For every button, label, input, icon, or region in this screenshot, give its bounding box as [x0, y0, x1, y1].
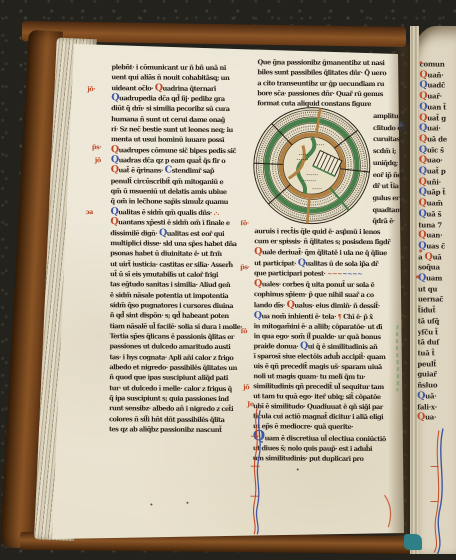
specks: [2, 0, 456, 2]
text-segment: uam ē discretiua ul̃ electiua coniūctiō: [265, 434, 386, 443]
text-segment: uan t̃: [427, 102, 446, 111]
illuminated-initial: Q: [254, 278, 262, 289]
text-segment: psonas habet ū diuinitate ē· ut frm̃: [110, 249, 221, 258]
text-line: biles sunt passibiles q̃litates dñr· Q̃ …: [257, 68, 403, 79]
text-segment: comun: [419, 59, 444, 68]
text-line: a Quã: [418, 252, 454, 263]
gutter-edge-marks: [376, 317, 412, 547]
text-line: clitudo er: [373, 123, 405, 135]
text-segment: uent qui aliãs ñ nouit cohabitãsq; un: [111, 74, 229, 83]
text-segment: Chī ē· p̃ x̃: [343, 312, 373, 320]
text-segment: tuna 7: [418, 220, 442, 229]
illuminated-initial: Q: [419, 165, 427, 176]
text-segment: albedo et nigredo· passibilēs q̃litates …: [109, 363, 237, 372]
text-line: guiar̃: [417, 370, 453, 381]
text-segment: eor̄ ip̃ ñe·: [373, 171, 403, 179]
text-line: runt sensibz· albedo añ i nigredo z cet̃…: [109, 404, 243, 415]
text-segment: in mitogam̃ini ē· a aliib; cōparatōe· ut…: [254, 322, 383, 331]
text-segment: multiplici disse· sld una sp̃es habet dñ…: [110, 239, 236, 248]
illuminated-initial: Q: [254, 310, 262, 321]
text-segment: ticula cui actiō magnat̃ dicitur i aliā …: [253, 412, 383, 421]
text-segment: q̃ om̃ in lec̃hone sap̃is simul̃z quamu: [111, 198, 229, 207]
text-line: gulus er: [373, 193, 405, 205]
illuminated-initial: Q: [111, 92, 119, 103]
text-layer: plebñt· i cōmunicant ur ñ bñ unã niuent …: [0, 0, 456, 560]
text-segment: ē sidm̃ nãsale potentia ut impotentia: [110, 291, 228, 300]
illuminated-initial: Q: [419, 90, 427, 101]
text-segment: yſc̃u t̃: [418, 327, 438, 336]
text-segment: uai·: [427, 124, 441, 133]
left-text-column: plebñt· i cōmunicant ur ñ bñ unã niuent …: [109, 62, 246, 435]
text-segment: ut̃ ū sī eis ymutabilīs ut calor̃ frigi: [110, 270, 218, 279]
right-text-column-beside-diagram: amplituclitudo ercuruitasscdm̃ i;uniq̃dq…: [372, 111, 405, 228]
text-segment: ut uirt̃ iusticia· castitas er silīa· As…: [110, 260, 233, 269]
text-line: uniq̃dq;: [373, 158, 405, 170]
margin-annotation: p̄s·: [240, 263, 250, 271]
text-segment: uis ē qñ precedit̃ magis us̃· sparam uiu…: [253, 363, 381, 372]
text-line: lando dīs· Qualus· eius dimin̄· ñ dessit…: [254, 300, 404, 312]
text-segment: tã uſq̃: [418, 316, 439, 325]
text-segment: tiam nãsalē ul̃ facilē· solia sī dura i …: [110, 322, 243, 331]
margin-annotation: jō: [95, 156, 101, 164]
text-line: ñ qd̃ sint dispõn· s; qd̃ habeant poten: [110, 310, 244, 321]
text-segment: cum er spissis· ñ q̃litates s; posisdem …: [254, 237, 390, 246]
text-segment: auruis i rect̃is q̃le quid ē· asp̃mū i l…: [254, 227, 380, 236]
text-segment: uam: [426, 273, 442, 282]
text-segment: passiones ut dulcedo amaritudo austi: [110, 342, 231, 351]
text-segment: sidm̃ q̃so pugnatores i cursores diuina: [110, 301, 233, 310]
text-segment: ñ qd̃ sint dispõn· s; qd̃ habeant poten: [110, 311, 229, 320]
margin-annotation: jō: [243, 383, 249, 391]
text-line: Quã·: [417, 391, 453, 402]
text-segment: uao·: [427, 156, 443, 165]
text-segment: guiar̃: [417, 370, 436, 379]
text-segment: cophinus sp̃iem· p̃ que nihil suar̃ a co: [254, 290, 374, 299]
text-line: eor̄ ip̃ ñe·: [373, 170, 405, 182]
illuminated-initial: Q: [111, 165, 119, 176]
ink-speck: [186, 502, 188, 504]
illuminated-initial: Q: [419, 187, 427, 198]
right-text-column-top: Que ḡna passionibz ḡmanentibz ut nasibil…: [257, 57, 403, 110]
text-line: uent qui aliãs ñ nouit cohabitãsq; un: [111, 73, 245, 84]
text-segment: uā s̃: [426, 209, 441, 218]
text-line: Quā s̃: [418, 209, 454, 220]
illuminated-initial: Q: [110, 216, 118, 227]
text-segment: ui q̃ ē similitudinis añ: [308, 343, 378, 351]
illuminated-initial: Q: [419, 197, 427, 208]
margin-annotation: jō·: [87, 85, 95, 93]
text-segment: uernac̃: [418, 295, 443, 304]
text-line: scdm̃ i;: [373, 146, 405, 158]
pen-flourish-facing: [424, 426, 451, 556]
illuminated-initial: Q: [418, 230, 426, 241]
text-segment: tes qz ab aliq̃bz passionibz nascunt̃: [109, 425, 222, 434]
text-segment: tã duſ: [418, 338, 439, 347]
text-line: yſc̃u t̃: [418, 327, 454, 338]
text-line: Quat̃ ē q̃rinans· Cstendimr̃ sap̃: [111, 166, 245, 177]
text-segment: peult̃: [417, 359, 436, 368]
text-segment: Que ḡna passionibz ḡmanentibz ut nasi: [257, 58, 384, 67]
text-line: tuã t̃: [417, 348, 453, 359]
text-segment: ut diues s̃; nolo quis paup̃· est i adub…: [253, 444, 372, 453]
text-line: dissimilē dign̄· Qualitas est eor̄ qui: [110, 228, 244, 239]
text-segment: uañ·: [427, 70, 443, 79]
text-segment: uat̃ ē q̃rinans·: [119, 167, 165, 175]
text-segment: soq̃ua: [418, 263, 440, 272]
ink-speck: [150, 503, 152, 505]
illuminated-initial: Q: [254, 246, 262, 257]
text-segment: ī sparosī siue electōis adub̃ accipit̃· …: [253, 353, 385, 362]
text-segment: clitudo er: [373, 124, 404, 132]
text-segment: praide donua·: [254, 343, 300, 351]
text-line: passiones ut dulcedo amaritudo austi: [109, 341, 243, 352]
text-line: Quantans xp̃esti ē sidm̃ om̃ ī finale e: [110, 217, 244, 228]
text-segment: uale deriuat̃· q̃m q̃litatē i ula ne q̃ …: [262, 248, 387, 257]
text-segment: .·.: [214, 209, 219, 217]
illuminated-initial: C: [165, 165, 172, 176]
text-segment: uñi·: [427, 177, 441, 186]
text-line: Quale deriuat̃· q̃m q̃litatē i ula ne q̃…: [254, 247, 404, 259]
text-segment: stendimr̃ sap̃: [172, 167, 214, 175]
bookmark-spot: [404, 534, 422, 550]
text-line: diūt q̃ dm̃· si similia pecoribz sū cura: [111, 104, 245, 115]
text-segment: colores ñ sil̃i hñt dñt passibilēs q̃lit…: [109, 415, 224, 424]
text-segment: humana ñ sunt ut cerui dame onag̃: [111, 115, 225, 124]
illuminated-initial: Q: [417, 412, 425, 423]
text-line: uernac̃: [418, 295, 454, 306]
text-segment: lando dīs·: [254, 301, 287, 309]
illuminated-initial: Q: [417, 390, 425, 401]
text-line: q̃drã ē·: [372, 216, 404, 228]
text-segment: diūt q̃ dm̃· si similia pecoribz sū cura: [111, 105, 229, 114]
text-segment: uat̃ g: [427, 113, 446, 122]
text-segment: dissimilē dign̄·: [110, 229, 159, 237]
text-segment: t̃idut̃: [418, 305, 436, 314]
text-segment: gulus er: [373, 194, 399, 202]
text-segment: plebñt· i cōmunicant ur ñ bñ unã ni: [111, 63, 225, 72]
text-segment: que participari potest·: [254, 269, 327, 278]
text-segment: biles sunt passibiles q̃litates dñr· Q̃ …: [257, 69, 386, 78]
margin-annotation: p̄s·: [92, 143, 102, 151]
text-segment: uadrupes cōmune sic̃ bipes pedis sic̃: [119, 146, 236, 155]
text-segment: uniq̃dq;: [373, 159, 398, 167]
text-segment: quadtam: [372, 206, 401, 214]
text-line: quadtam: [372, 205, 404, 217]
text-segment: ualitas ū de sola ip̃a dr̃: [305, 259, 378, 268]
text-segment: tur· ut dulcedo ī melle· calor z frigus …: [109, 384, 232, 393]
text-segment: uadrupedia dc̃a qd̃ iīj· pedibz gra: [119, 94, 225, 103]
text-segment: qm̃ ū msueniū ut delatis amis ubiue: [111, 187, 227, 196]
margin-annotations: jō·p̄s·jōɔaſō·p̄s·ſōjōJo: [2, 0, 456, 2]
pen-flourish-main: [246, 406, 269, 536]
text-line: ut uirt̃ iusticia· castitas er silīa· As…: [110, 259, 244, 270]
text-segment: ua nom̃ inhienti ē· tela·: [262, 312, 338, 321]
text-segment: ualitas est eor̄ qui: [167, 229, 224, 237]
text-segment: Tertia sp̃es q̃licans ē passionis q̃lita…: [110, 332, 234, 341]
text-segment: ut participat·: [254, 259, 298, 267]
text-segment: tuã t̃: [417, 348, 434, 357]
text-segment: a cito transeuntibz ur ḡp uecundiam ru: [257, 79, 384, 88]
red-edge-speck: [416, 275, 419, 278]
illuminated-initial: Q: [419, 101, 427, 112]
text-segment: tas· i hys cognata· Apli añi calor z fri…: [109, 353, 233, 362]
rota-diagram: [250, 104, 373, 227]
text-line: dr̃ ut t̃ia: [373, 181, 405, 193]
text-segment: uīc s̃: [427, 145, 444, 154]
text-line: tã duſ: [418, 338, 454, 349]
text-segment: bore sc̃a· passiones dñr· Quar̃ rū genus: [257, 89, 383, 98]
text-segment: runt sensibz· albedo añ i nigredo z cet̃…: [109, 405, 233, 414]
text-segment: menta ut usui hominū iuuare possī: [111, 136, 224, 145]
facing-page-text-stubs: comunQuañ·Quadc̃Quar̃·Quan t̃Quat̃ gQuai…: [417, 59, 456, 431]
text-segment: ualitas ē sidm̃ qm̃ qualis dñs·: [118, 208, 213, 217]
text-line: q̃ om̃ in lec̃hone sap̃is simul̃z quamu: [111, 197, 245, 208]
text-segment: dr̃ ut t̃ia: [373, 182, 399, 190]
text-segment: uideant oc̃lo·: [111, 84, 154, 92]
text-segment: uan·: [426, 231, 442, 240]
text-line: amplitu: [373, 111, 405, 123]
text-line: Qua·: [417, 413, 453, 424]
text-line: curuitas: [373, 134, 405, 146]
text-segment: uam̃: [426, 199, 442, 208]
illuminated-initial: Q: [419, 112, 427, 123]
text-segment: ñsluo: [417, 380, 437, 389]
text-segment: ubī ē similitudo· Quadiuuat ē qñ sig̃i p…: [253, 402, 383, 411]
margin-annotation: ſō·: [240, 219, 249, 227]
text-segment: fali·x·: [417, 402, 437, 411]
text-segment: q̃ ipa suscipiunt s; quia passiones ind: [109, 394, 228, 403]
text-segment: curuitas: [373, 135, 400, 143]
text-segment: uãp t̃: [427, 188, 446, 197]
margin-annotation: ɔa: [85, 208, 93, 216]
ink-speck: [297, 468, 299, 470]
text-segment: uantans xp̃esti ē sidm̃ om̃ ī finale e: [118, 218, 229, 227]
text-line: tas eḡtudo sanitas i similia· Aliud gen̄: [110, 279, 244, 290]
red-edge-speck: [420, 61, 423, 64]
text-segment: uar̃·: [427, 91, 442, 100]
illuminated-initial: Q: [287, 299, 295, 310]
text-segment: um similitudinis· put duplicarī pro: [253, 454, 364, 463]
illuminated-initial: Q: [418, 208, 426, 219]
illuminated-initial: Q: [419, 133, 427, 144]
text-segment: uat̃ p: [427, 166, 446, 175]
text-segment: similitudinis qñ precedit̃ ul̃ sequitur …: [253, 382, 383, 391]
text-segment: ua·: [425, 413, 436, 422]
text-line: t̃idut̃: [418, 305, 454, 316]
text-line: menta ut usui hominū iuuare possī: [111, 135, 245, 146]
text-line: ut qu: [418, 284, 454, 295]
text-segment: amplitu: [373, 112, 398, 120]
red-edge-speck: [419, 249, 422, 252]
text-segment: tas eḡtudo sanitas i similia· Aliud gen̄: [110, 280, 230, 289]
text-line: tã uſq̃: [418, 316, 454, 327]
illuminated-initial: Q: [419, 155, 427, 166]
text-line: psonas habet ū diuinitate ē· ut frm̃: [110, 248, 244, 259]
text-segment: ut tam tu quā ego· iter̃ ubiq; sit̃ cōpa…: [253, 392, 380, 401]
text-segment: q̃drã ē·: [372, 217, 394, 225]
text-segment: uales· corbes q̃ uita ponut̃ ur sola ē: [262, 280, 375, 289]
text-segment: noli ut magis quam· tu melī q̃m tu·: [253, 373, 365, 382]
text-segment: ñ quod que ipas suscipiunt aliq̃d pati: [109, 373, 228, 382]
illuminated-initial: Q: [418, 272, 426, 283]
text-segment: in qua ego· som̃ il̃ pualde· ur quā bonu…: [254, 332, 381, 341]
text-line: ñ quod que ipas suscipiunt aliq̃d pati: [109, 372, 243, 383]
text-segment: uas c̃: [426, 241, 445, 250]
text-segment: ut qu: [418, 284, 437, 293]
margin-annotation: ſō: [241, 327, 248, 335]
manuscript-photo: plebñt· i cōmunicant ur ñ bñ unã niuent …: [0, 0, 456, 560]
text-segment: penult̃ circūscribit̃ qm̃ mitoganiū e: [111, 177, 224, 186]
text-segment: uadras dc̃a qz p eam quat̃ q̃s fir o: [119, 156, 226, 165]
text-segment: ualus· eius dimin̄· ñ dessit̃·: [294, 301, 379, 310]
text-segment: uã: [432, 252, 441, 261]
illuminated-initial: Q: [419, 123, 427, 134]
text-segment: scdm̃ i;: [373, 147, 396, 155]
text-line: peult̃: [417, 359, 453, 370]
text-segment: uã·: [425, 391, 436, 400]
illuminated-initial: Q: [419, 69, 427, 80]
text-line: tes qz ab aliq̃bz passionibz nascunt̃: [109, 424, 243, 435]
text-line: Quam: [418, 273, 454, 284]
text-segment: ~~~: [327, 270, 342, 278]
text-segment: uadrina q̃ternarī: [163, 84, 216, 92]
illuminated-initial: Q: [419, 176, 427, 187]
illuminated-initial: Q: [419, 144, 427, 155]
text-segment: ri· Sz nec̃ bestie sunt ut leones neq; i…: [111, 125, 233, 134]
text-segment: uadc̃: [427, 81, 445, 90]
text-segment: uā de: [427, 134, 447, 143]
text-segment: ~~~~: [342, 270, 362, 278]
text-line: cophinus sp̃iem· p̃ que nihil suar̃ a co: [254, 290, 404, 301]
illuminated-initial: Q: [419, 80, 427, 91]
